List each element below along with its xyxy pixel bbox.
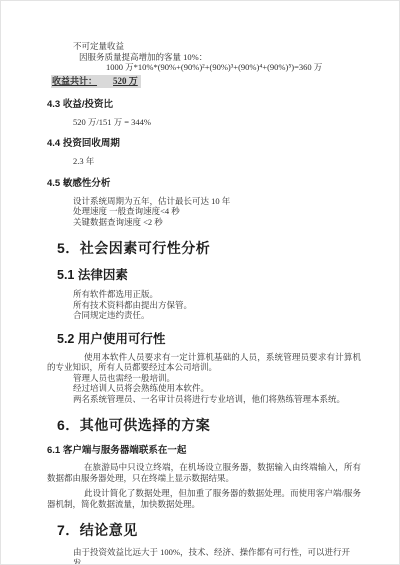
legal-line: 所有技术资料都由提出方保管。 bbox=[73, 300, 361, 311]
user-feasibility-line: 管理人员也需经一般培训。 bbox=[73, 373, 361, 384]
heading-alternative-solutions: 6．其他可供选择的方案 bbox=[57, 417, 361, 434]
conclusion-text: 由于投资效益比远大于 100%，技术、经济、操作都有可行性，可以进行开发。 bbox=[73, 547, 361, 565]
heading-payback-period: 4.4 投资回收周期 bbox=[47, 138, 361, 150]
heading-user-feasibility: 5.2 用户使用可行性 bbox=[57, 332, 361, 347]
total-benefit-value: 520 万 bbox=[113, 76, 138, 86]
total-benefit-highlight: 收益共计：520 万 bbox=[51, 75, 141, 88]
user-feasibility-line: 经过培训人员将会熟练使用本软件。 bbox=[73, 383, 361, 394]
total-benefit-label: 收益共计： bbox=[52, 76, 97, 86]
heading-benefit-investment-ratio: 4.3 收益/投资比 bbox=[47, 99, 361, 111]
document-page: 不可定量收益 因服务质量提高增加的客量 10%： 1000 万*10%*(90%… bbox=[0, 0, 400, 565]
sensitivity-line: 处理速度 一般查询速度<4 秒 bbox=[73, 206, 361, 217]
legal-line: 所有软件都选用正版。 bbox=[73, 289, 361, 300]
benefit-formula: 1000 万*10%*(90%+(90%)²+(90%)³+(90%)⁴+(90… bbox=[106, 62, 361, 73]
alternative-paragraph-1: 在旅游局中只设立终端，在机场设立服务器，数据输入由终端输入，所有数据都由服务器处… bbox=[47, 462, 361, 483]
legal-line: 合同规定违约责任。 bbox=[73, 310, 361, 321]
heading-client-server-combined: 6.1 客户端与服务器端联系在一起 bbox=[47, 445, 361, 457]
benefit-investment-ratio-value: 520 万/151 万 = 344% bbox=[73, 117, 361, 128]
heading-sensitivity-analysis: 4.5 敏感性分析 bbox=[47, 178, 361, 190]
total-benefit-row: 收益共计：520 万 bbox=[47, 75, 361, 88]
heading-social-factors: 5．社会因素可行性分析 bbox=[57, 240, 361, 257]
alternative-paragraph-2: 此设计简化了数据处理，但加重了服务器的数据处理。而使用客户端/服务器机制，简化数… bbox=[47, 488, 361, 509]
sensitivity-line: 关键数据查询速度 <2 秒 bbox=[73, 217, 361, 228]
intangible-benefit-detail: 因服务质量提高增加的客量 10%： bbox=[79, 52, 361, 63]
sensitivity-line: 设计系统周期为五年，估计最长可达 10 年 bbox=[73, 196, 361, 207]
user-feasibility-line: 两名系统管理员、一名审计员将进行专业培训，他们将熟练管理本系统。 bbox=[73, 394, 361, 405]
heading-conclusion: 7．结论意见 bbox=[57, 522, 361, 539]
intangible-benefit-label: 不可定量收益 bbox=[73, 41, 361, 52]
heading-legal-factors: 5.1 法律因素 bbox=[57, 268, 361, 283]
user-feasibility-paragraph: 使用本软件人员要求有一定计算机基础的人员，系统管理员要求有计算机的专业知识，所有… bbox=[47, 352, 361, 373]
payback-period-value: 2.3 年 bbox=[73, 156, 361, 167]
